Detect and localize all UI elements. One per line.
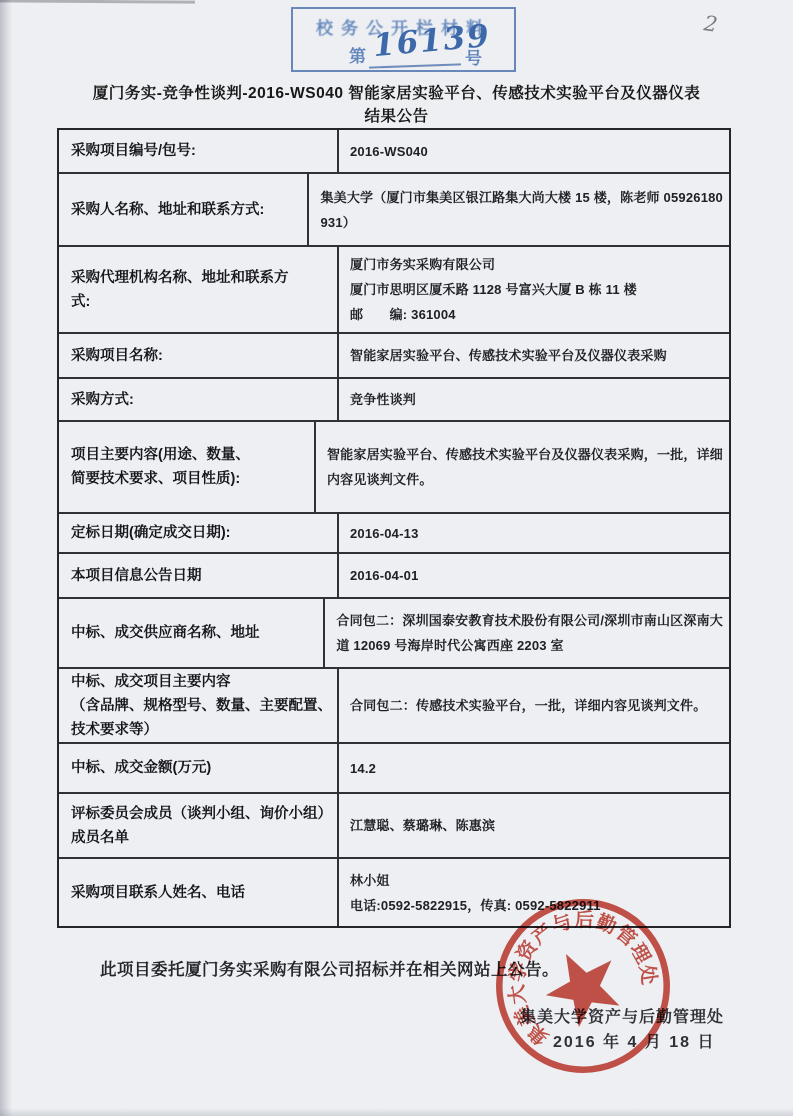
- blue-stamp-blank-line: [369, 63, 461, 68]
- row-label-line: 式:: [71, 290, 329, 314]
- row-value: 林小姐电话:0592-5822915，传真: 0592-5822911: [339, 859, 729, 926]
- table-row: 本项目信息公告日期2016-04-01: [59, 552, 729, 597]
- scan-edge-shadow-bottom: [0, 1108, 793, 1116]
- row-label: 采购项目编号/包号:: [59, 130, 339, 172]
- row-value-line: 竞争性谈判: [350, 387, 723, 412]
- table-row: 采购人名称、地址和联系方式:集美大学（厦门市集美区银江路集大尚大楼 15 楼，陈…: [59, 172, 729, 245]
- row-value-line: 江慧聪、蔡璐琳、陈惠滨: [350, 813, 723, 838]
- row-value: 合同包二：深圳国泰安教育技术股份有限公司/深圳市南山区深南大道 12069 号海…: [325, 599, 729, 667]
- row-value: 厦门市务实采购有限公司厦门市思明区厦禾路 1128 号富兴大厦 B 栋 11 楼…: [339, 247, 729, 332]
- document-title: 厦门务实-竞争性谈判-2016-WS040 智能家居实验平台、传感技术实验平台及…: [30, 82, 763, 128]
- row-value: 合同包二：传感技术实验平台，一批，详细内容见谈判文件。: [339, 669, 729, 742]
- blue-stamp-number-suffix: 号: [465, 44, 482, 69]
- row-value: 2016-04-13: [339, 514, 729, 552]
- row-label-line: （含品牌、规格型号、数量、主要配置、: [71, 694, 329, 718]
- table-row: 中标、成交项目主要内容（含品牌、规格型号、数量、主要配置、技术要求等）合同包二：…: [59, 667, 729, 742]
- row-label: 定标日期(确定成交日期):: [59, 514, 339, 552]
- document-title-line1: 厦门务实-竞争性谈判-2016-WS040 智能家居实验平台、传感技术实验平台及…: [30, 82, 763, 105]
- row-value-line: 集美大学（厦门市集美区银江路集大尚大楼 15 楼，陈老师 05926180: [320, 185, 723, 210]
- row-label: 采购人名称、地址和联系方式:: [59, 174, 309, 245]
- row-label: 采购项目联系人姓名、电话: [59, 859, 339, 926]
- row-label-line: 中标、成交项目主要内容: [71, 670, 329, 694]
- row-label: 中标、成交项目主要内容（含品牌、规格型号、数量、主要配置、技术要求等）: [59, 669, 339, 742]
- row-value-line: 邮 编: 361004: [350, 302, 723, 327]
- footer-signature: 集美大学资产与后勤管理处: [520, 1004, 724, 1027]
- row-value: 集美大学（厦门市集美区银江路集大尚大楼 15 楼，陈老师 05926180931…: [309, 174, 729, 245]
- row-label-line: 中标、成交供应商名称、地址: [71, 621, 315, 645]
- row-value: 江慧聪、蔡璐琳、陈惠滨: [339, 794, 729, 857]
- row-value-line: 智能家居实验平台、传感技术实验平台及仪器仪表采购，一批，详细: [327, 442, 723, 467]
- row-label-line: 中标、成交金额(万元): [71, 756, 329, 780]
- row-label: 评标委员会成员（谈判小组、询价小组）成员名单: [59, 794, 339, 857]
- scan-edge-shadow-left: [0, 0, 12, 1116]
- row-value-line: 合同包二：深圳国泰安教育技术股份有限公司/深圳市南山区深南大: [336, 608, 723, 633]
- table-row: 采购项目名称:智能家居实验平台、传感技术实验平台及仪器仪表采购: [59, 332, 729, 377]
- row-value: 智能家居实验平台、传感技术实验平台及仪器仪表采购: [339, 334, 729, 377]
- handwritten-page-number: 2: [702, 11, 719, 37]
- row-label-line: 成员名单: [71, 826, 329, 850]
- table-row: 定标日期(确定成交日期):2016-04-13: [59, 512, 729, 552]
- row-label: 采购代理机构名称、地址和联系方式:: [59, 247, 339, 332]
- row-label-line: 项目主要内容(用途、数量、: [71, 443, 306, 467]
- table-row: 中标、成交供应商名称、地址合同包二：深圳国泰安教育技术股份有限公司/深圳市南山区…: [59, 597, 729, 667]
- table-row: 采购项目联系人姓名、电话林小姐电话:0592-5822915，传真: 0592-…: [59, 857, 729, 926]
- row-value: 2016-WS040: [339, 130, 729, 172]
- row-value-line: 电话:0592-5822915，传真: 0592-5822911: [350, 893, 723, 918]
- table-row: 评标委员会成员（谈判小组、询价小组）成员名单江慧聪、蔡璐琳、陈惠滨: [59, 792, 729, 857]
- table-row: 项目主要内容(用途、数量、简要技术要求、项目性质):智能家居实验平台、传感技术实…: [59, 420, 729, 512]
- row-label-line: 采购项目编号/包号:: [71, 139, 329, 163]
- table-row: 中标、成交金额(万元)14.2: [59, 742, 729, 792]
- row-value-line: 2016-04-13: [350, 521, 723, 546]
- row-value-line: 道 12069 号海岸时代公寓西座 2203 室: [336, 633, 723, 658]
- row-label-line: 采购人名称、地址和联系方式:: [71, 198, 299, 222]
- row-label: 中标、成交金额(万元): [59, 744, 339, 792]
- scan-smudge-top: [0, 0, 195, 4]
- row-label: 中标、成交供应商名称、地址: [59, 599, 325, 667]
- row-value-line: 2016-WS040: [350, 139, 723, 164]
- blue-stamp-number-prefix: 第: [349, 42, 366, 67]
- row-value-line: 厦门市思明区厦禾路 1128 号富兴大厦 B 栋 11 楼: [350, 277, 723, 302]
- footer-note: 此项目委托厦门务实采购有限公司招标并在相关网站上公告。: [100, 956, 559, 980]
- row-label: 采购方式:: [59, 379, 339, 420]
- row-label-line: 技术要求等）: [71, 718, 329, 742]
- row-label-line: 采购项目名称:: [71, 344, 329, 368]
- document-title-line2: 结果公告: [30, 105, 763, 128]
- row-value-line: 931）: [320, 210, 723, 235]
- row-label-line: 定标日期(确定成交日期):: [71, 521, 329, 545]
- row-label-line: 评标委员会成员（谈判小组、询价小组）: [71, 802, 329, 826]
- row-value-line: 厦门市务实采购有限公司: [350, 252, 723, 277]
- row-value-line: 林小姐: [350, 868, 723, 893]
- table-row: 采购项目编号/包号:2016-WS040: [59, 130, 729, 172]
- row-label-line: 采购方式:: [71, 388, 329, 412]
- row-label-line: 采购项目联系人姓名、电话: [71, 881, 329, 905]
- row-value: 14.2: [339, 744, 729, 792]
- scanned-document-page: 校务公开栏材料 第 16139 号 2 厦门务实-竞争性谈判-2016-WS04…: [0, 0, 793, 1116]
- blue-registry-stamp: 校务公开栏材料 第 16139 号: [291, 7, 516, 72]
- row-label: 项目主要内容(用途、数量、简要技术要求、项目性质):: [59, 422, 316, 512]
- row-value-line: 合同包二：传感技术实验平台，一批，详细内容见谈判文件。: [350, 693, 723, 718]
- row-value-line: 14.2: [350, 756, 723, 781]
- row-label: 本项目信息公告日期: [59, 554, 339, 597]
- row-label: 采购项目名称:: [59, 334, 339, 377]
- row-label-line: 本项目信息公告日期: [71, 564, 329, 588]
- result-table: 采购项目编号/包号:2016-WS040采购人名称、地址和联系方式:集美大学（厦…: [57, 128, 731, 928]
- table-row: 采购代理机构名称、地址和联系方式:厦门市务实采购有限公司厦门市思明区厦禾路 11…: [59, 245, 729, 332]
- row-label-line: 采购代理机构名称、地址和联系方: [71, 266, 329, 290]
- row-value-line: 2016-04-01: [350, 563, 723, 588]
- table-row: 采购方式:竞争性谈判: [59, 377, 729, 420]
- row-label-line: 简要技术要求、项目性质):: [71, 467, 306, 491]
- footer-date: 2016 年 4 月 18 日: [553, 1029, 716, 1052]
- row-value-line: 智能家居实验平台、传感技术实验平台及仪器仪表采购: [350, 343, 723, 368]
- row-value: 智能家居实验平台、传感技术实验平台及仪器仪表采购，一批，详细内容见谈判文件。: [316, 422, 729, 512]
- row-value: 2016-04-01: [339, 554, 729, 597]
- row-value: 竞争性谈判: [339, 379, 729, 420]
- row-value-line: 内容见谈判文件。: [327, 467, 723, 492]
